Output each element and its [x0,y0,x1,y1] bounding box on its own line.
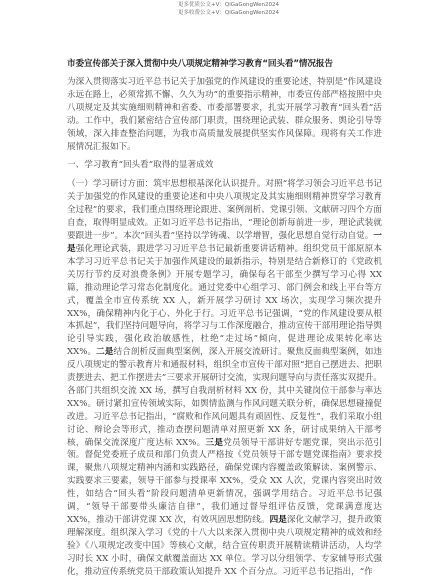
section-heading-1: 一、学习教育“回头看”取得的显著成效 [67,159,382,171]
watermark: 更多优质公文+V：QiGaGongWen2024 更多收费公文+V：QiGaGo… [178,1,279,17]
watermark-line-2: 更多收费公文+V：QiGaGongWen2024 [178,9,279,17]
label-two: 二是 [96,347,113,357]
body-paragraph-1: （一）学习研讨方面：筑牢思想根基深化认识提升。对照“将学习领会习近平总书记关于加… [67,178,382,578]
para-text-c: 结合剖析反面典型案例，深入开展交流研讨。聚焦反面典型案例，如违反八项规定的警示教… [67,347,382,447]
intro-paragraph: 为深入贯彻落实习近平总书记关于加强党的作风建设的重要论述，特别是“作风建设永远在… [67,76,382,153]
document-page: 市委宣传部关于深入贯彻中央八项规定精神学习教育“回头看”情况报告 为深入贯彻落实… [67,58,382,579]
label-three: 三是 [206,438,224,448]
label-four: 四是 [270,515,287,525]
para-text-b: 强化理论武装，跟进学习习近平总书记最新重要讲话精神。组织党员干部原原本本学习习近… [67,244,382,357]
watermark-line-1: 更多优质公文+V：QiGaGongWen2024 [178,1,279,9]
para-text-d: 党员领导干部讲好专题党课，突出示范引领。督促党委班子成员和部门负责人严格按《党员… [67,438,382,525]
para-text-a: （一）学习研讨方面：筑牢思想根基深化认识提升。对照“将学习领会习近平总书记关于加… [67,179,382,241]
document-title: 市委宣传部关于深入贯彻中央八项规定精神学习教育“回头看”情况报告 [67,58,382,70]
